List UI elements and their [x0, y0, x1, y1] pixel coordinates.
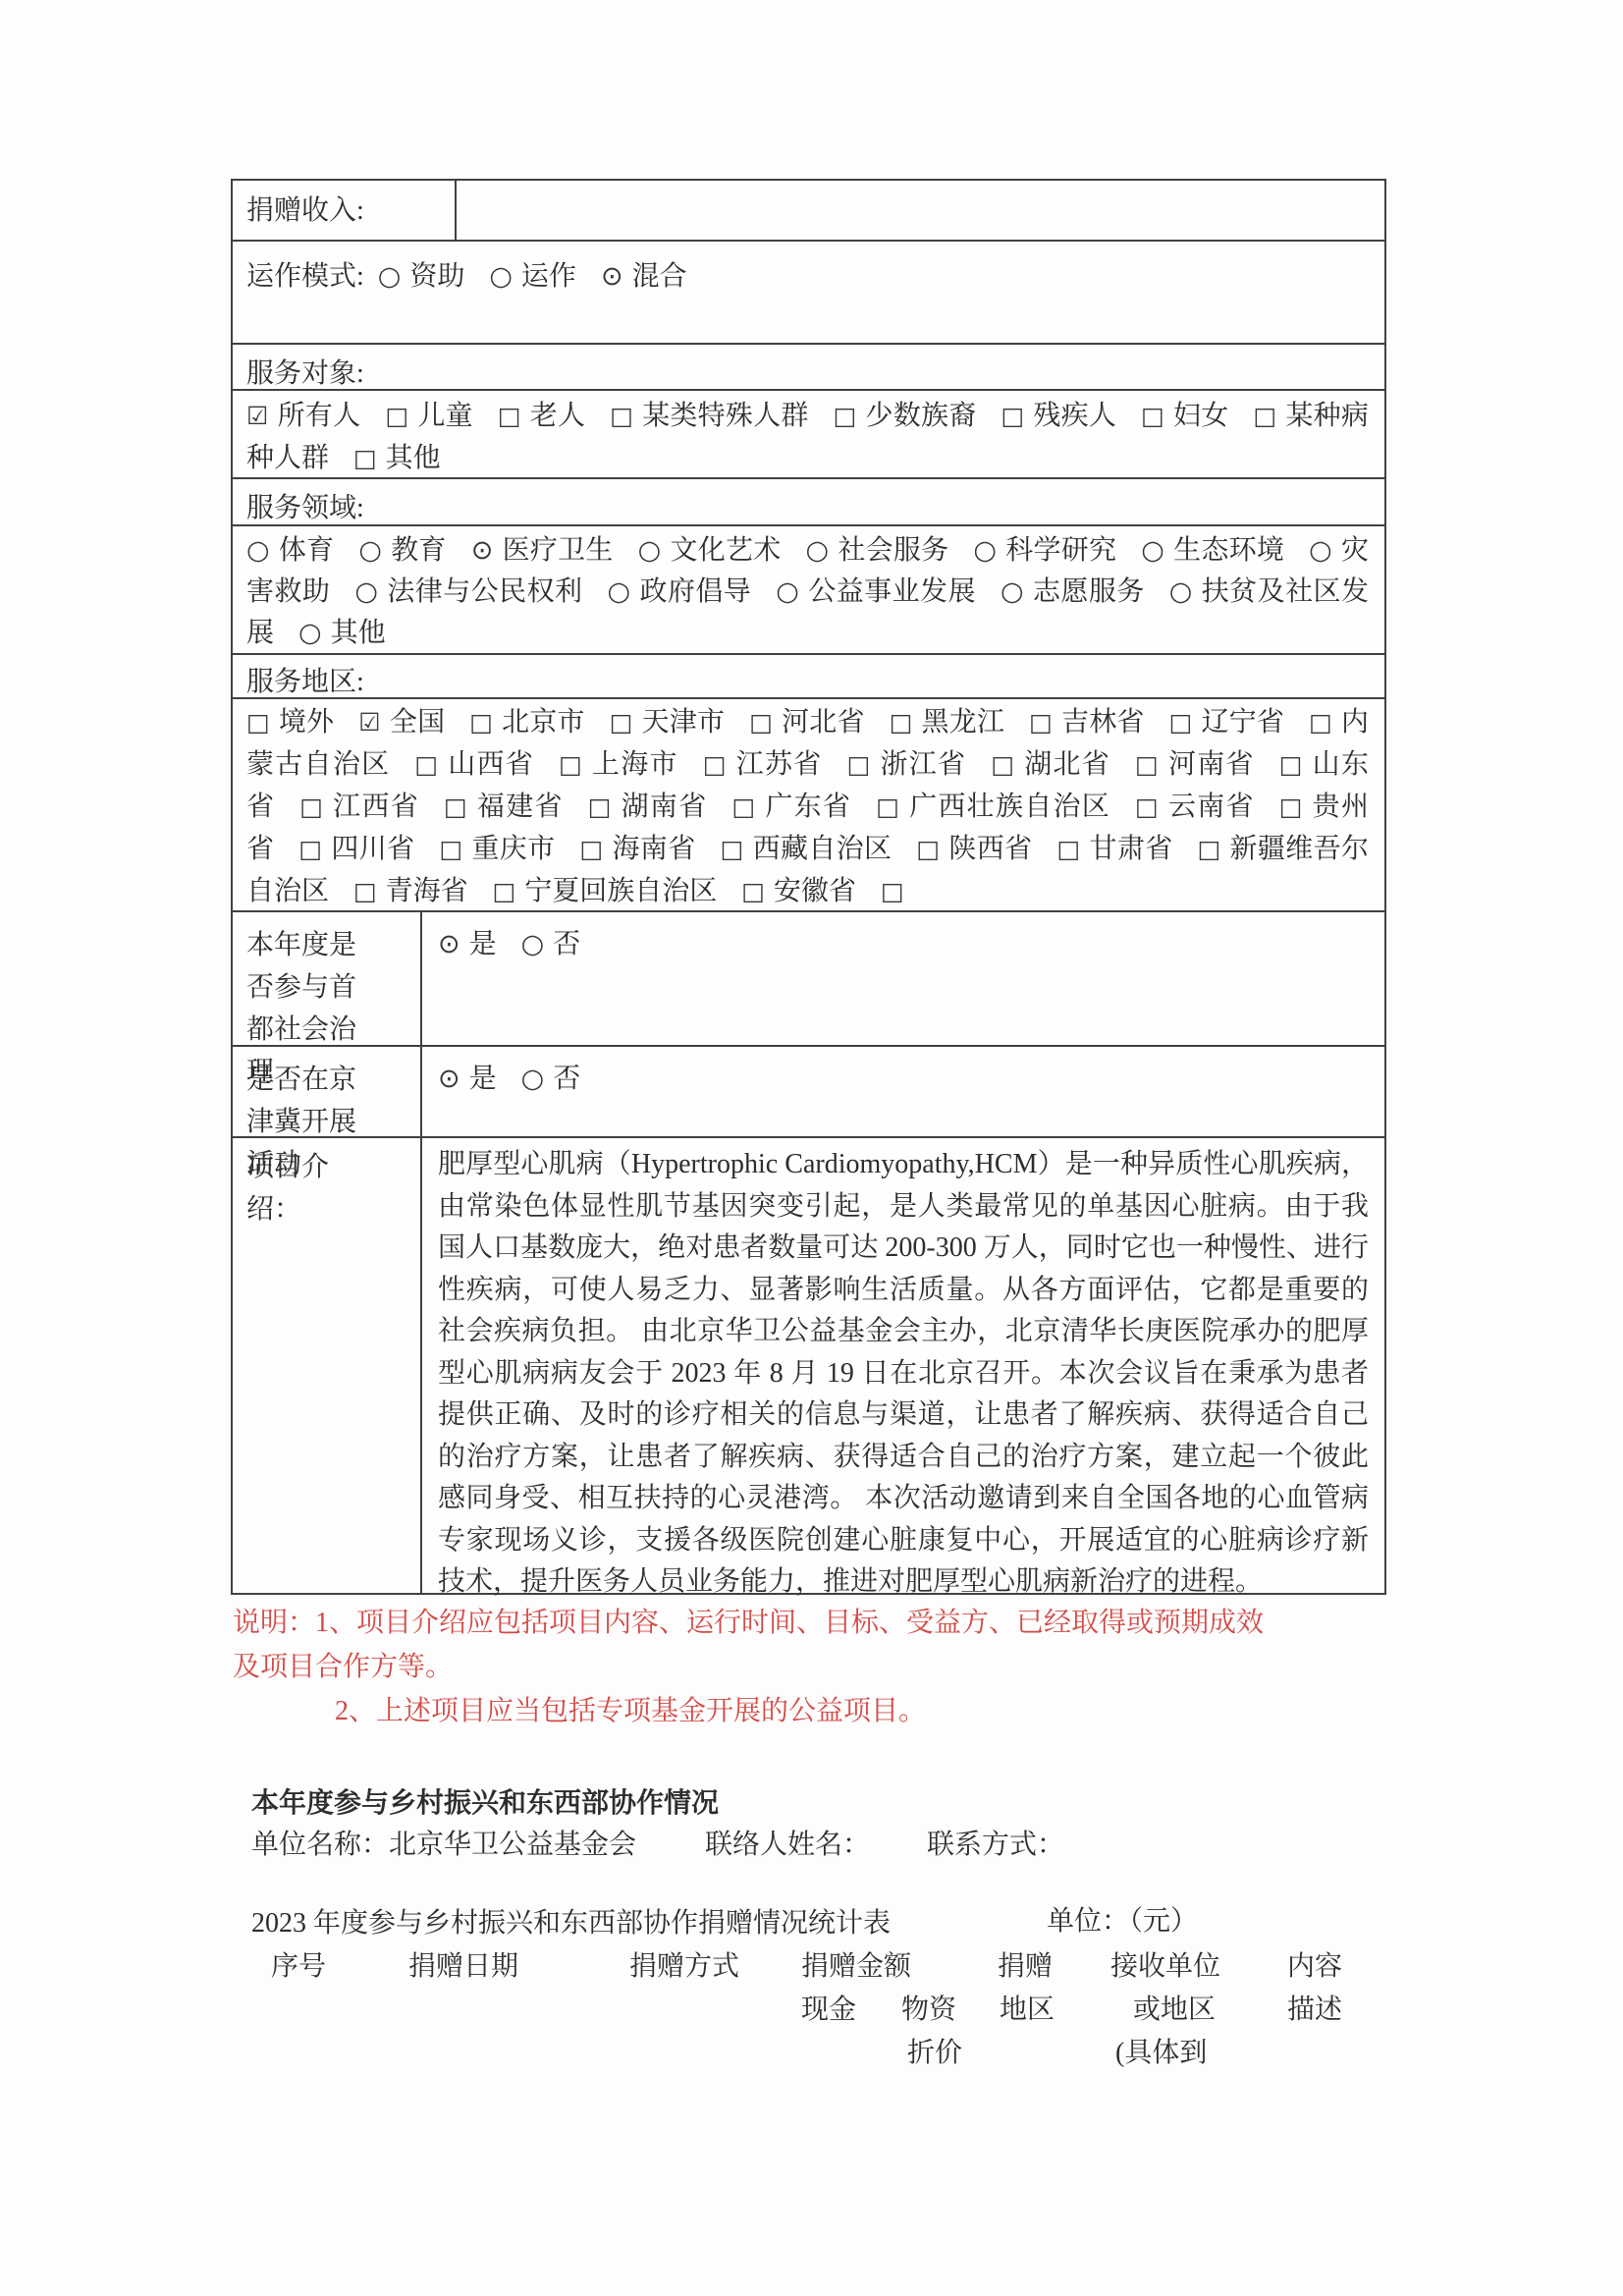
- unselected-radio-icon: ○: [354, 572, 378, 613]
- radio-option: ○法律与公民权利: [354, 576, 607, 607]
- checkbox-option: □江苏省: [703, 749, 847, 780]
- option-label: 否: [553, 929, 580, 959]
- capital-governance-label: 本年度是否参与首都社会治理: [233, 912, 422, 1045]
- checkbox-option: □残疾人: [1001, 401, 1142, 431]
- unselected-radio-icon: ○: [973, 530, 997, 572]
- unchecked-checkbox-icon: □: [731, 786, 755, 828]
- unselected-radio-icon: ○: [806, 530, 830, 572]
- note-line-3: 2、上述项目应当包括专项基金开展的公益项目。: [233, 1689, 1406, 1733]
- stats-table-title: 2023 年度参与乡村振兴和东西部协作捐赠情况统计表: [251, 1901, 891, 1941]
- col-subheader-or-region: 或地区: [1133, 1988, 1216, 2027]
- option-label: 广西壮族自治区: [908, 792, 1110, 822]
- scanned-annual-report-page: 捐赠收入: 运作模式:○资助○运作⊙混合 服务对象: ☑所有人□儿童□老人□某类…: [0, 0, 1623, 2296]
- radio-option: ○体育: [246, 535, 358, 566]
- service-area-label: 服务地区:: [246, 667, 364, 697]
- unchecked-checkbox-icon: □: [1254, 395, 1277, 437]
- option-label: 天津市: [641, 707, 725, 738]
- checkbox-option: □山西省: [414, 749, 559, 780]
- option-label: 浙江省: [879, 749, 966, 780]
- checkbox-option: □陕西省: [916, 834, 1056, 864]
- col-header-recipient-unit: 接收单位: [1110, 1944, 1220, 1984]
- capital-governance-row: 本年度是否参与首都社会治理 ⊙是○否: [233, 910, 1384, 1045]
- option-label: 老人: [529, 401, 585, 431]
- option-label: 安徽省: [774, 876, 856, 906]
- unchecked-checkbox-icon: □: [444, 786, 467, 828]
- unchecked-checkbox-icon: □: [834, 395, 857, 437]
- checkbox-option: □西藏自治区: [721, 834, 917, 864]
- option-label: 是: [469, 929, 497, 959]
- unchecked-checkbox-icon: □: [1029, 701, 1053, 743]
- operation-mode-row: 运作模式:○资助○运作⊙混合: [233, 240, 1384, 343]
- col-header-donation-amount: 捐赠金额: [801, 1944, 911, 1984]
- option-label: 法律与公民权利: [387, 576, 583, 607]
- option-label: 上海市: [591, 749, 678, 780]
- charity-info-form-table: 捐赠收入: 运作模式:○资助○运作⊙混合 服务对象: ☑所有人□儿童□老人□某类…: [231, 179, 1386, 1595]
- checkbox-option: □某类特殊人群: [610, 401, 833, 431]
- radio-option: ⊙是: [438, 1064, 521, 1094]
- unchecked-checkbox-icon: □: [580, 828, 604, 870]
- checkbox-option: □湖北省: [991, 749, 1135, 780]
- unchecked-checkbox-icon: □: [1198, 828, 1221, 870]
- radio-option: ○否: [521, 929, 606, 959]
- col-header-donation-method: 捐赠方式: [629, 1944, 739, 1984]
- unselected-radio-icon: ○: [776, 572, 799, 613]
- option-label: 海南省: [612, 834, 695, 864]
- checkbox-option: □福建省: [444, 792, 588, 822]
- option-label: 河南省: [1167, 749, 1255, 780]
- unselected-radio-icon: ○: [1001, 572, 1024, 613]
- radio-option: ○其他: [298, 618, 410, 648]
- unselected-radio-icon: ○: [358, 530, 382, 572]
- checkbox-option: ☑所有人: [246, 401, 385, 431]
- option-label: 某类特殊人群: [642, 401, 809, 431]
- radio-option: ○教育: [358, 535, 470, 566]
- unselected-radio-icon: ○: [489, 255, 513, 298]
- checkbox-option: □少数族裔: [834, 401, 1001, 431]
- checkbox-option: □重庆市: [439, 834, 579, 864]
- option-label: 所有人: [277, 401, 360, 431]
- option-label: 江苏省: [734, 749, 822, 780]
- checkbox-option: □境外: [246, 707, 358, 738]
- radio-option: ○志愿服务: [1001, 576, 1169, 607]
- option-label: 志愿服务: [1033, 576, 1145, 607]
- checkbox-option: □天津市: [610, 707, 749, 738]
- checkbox-option: □辽宁省: [1169, 707, 1309, 738]
- checkbox-option: □海南省: [580, 834, 721, 864]
- service-field-label-row: 服务领域:: [233, 477, 1384, 524]
- radio-option: ⊙混合: [601, 261, 712, 292]
- checkbox-option: □四川省: [298, 834, 439, 864]
- radio-option: ⊙是: [438, 929, 521, 959]
- checkbox-option: □北京市: [469, 707, 609, 738]
- checkbox-option: □黑龙江: [890, 707, 1029, 738]
- unchecked-checkbox-icon: □: [610, 395, 633, 437]
- donation-income-label: 捐赠收入:: [233, 181, 457, 240]
- unchecked-checkbox-icon: □: [469, 701, 493, 743]
- unchecked-checkbox-icon: □: [610, 701, 633, 743]
- unselected-radio-icon: ○: [638, 530, 662, 572]
- option-label: 湖北省: [1023, 749, 1110, 780]
- option-label: 儿童: [417, 401, 473, 431]
- option-label: 宁夏回族自治区: [524, 876, 717, 906]
- radio-option: ○运作: [489, 261, 601, 292]
- col-header-donation-date: 捐赠日期: [408, 1944, 518, 1984]
- checkbox-option: □甘肃省: [1056, 834, 1197, 864]
- service-target-label-row: 服务对象:: [233, 343, 1384, 389]
- checkbox-option: □上海市: [559, 749, 703, 780]
- org-name-label: 单位名称：北京华卫公益基金会: [251, 1823, 636, 1862]
- option-label: 广东省: [764, 792, 851, 822]
- unchecked-checkbox-icon: □: [588, 786, 612, 828]
- radio-option: ○科学研究: [973, 535, 1141, 566]
- col-subheader-region: 地区: [1000, 1988, 1055, 2027]
- unselected-radio-icon: ○: [521, 929, 545, 959]
- capital-governance-options: ⊙是○否: [422, 912, 1384, 1045]
- unselected-radio-icon: ○: [1309, 530, 1332, 572]
- checkbox-option: □江西省: [299, 792, 444, 822]
- option-label: 公益事业发展: [808, 576, 976, 607]
- checkbox-option: □广东省: [731, 792, 876, 822]
- radio-option: ○政府倡导: [607, 576, 776, 607]
- unchecked-checkbox-icon: □: [1309, 701, 1332, 743]
- option-label: 境外: [279, 707, 335, 738]
- unchecked-checkbox-icon: □: [1141, 395, 1164, 437]
- unchecked-checkbox-icon: □: [353, 870, 377, 912]
- option-label: 妇女: [1173, 401, 1229, 431]
- unchecked-checkbox-icon: □: [916, 828, 940, 870]
- checkbox-option: □吉林省: [1029, 707, 1168, 738]
- option-label: 吉林省: [1061, 707, 1145, 738]
- contact-name-label: 联络人姓名：: [705, 1823, 870, 1862]
- radio-option: ○社会服务: [806, 535, 974, 566]
- note-line-1: 说明：1、项目介绍应包括项目内容、运行时间、目标、受益方、已经取得或预期成效: [233, 1601, 1406, 1645]
- option-label: 湖南省: [620, 792, 707, 822]
- checkbox-option: □河南省: [1135, 749, 1279, 780]
- rural-section-heading: 本年度参与乡村振兴和东西部协作情况: [251, 1781, 719, 1821]
- checked-checkbox-icon: ☑: [358, 701, 380, 743]
- unselected-radio-icon: ○: [521, 1064, 545, 1094]
- option-label: 重庆市: [471, 834, 555, 864]
- option-label: 体育: [279, 535, 335, 566]
- selected-radio-icon: ⊙: [471, 530, 494, 572]
- checkbox-option: □宁夏回族自治区: [493, 876, 742, 906]
- service-target-label: 服务对象:: [246, 358, 364, 389]
- col-header-content: 内容: [1287, 1944, 1342, 1984]
- checkbox-option: □河北省: [749, 707, 889, 738]
- option-label: 西藏自治区: [752, 834, 892, 864]
- unchecked-checkbox-icon: □: [1135, 743, 1159, 786]
- option-label: 黑龙江: [921, 707, 1004, 738]
- unselected-radio-icon: ○: [1141, 530, 1164, 572]
- option-label: 其他: [386, 443, 441, 473]
- option-label: 医疗卫生: [502, 535, 613, 566]
- service-field-row: ○体育○教育⊙医疗卫生○文化艺术○社会服务○科学研究○生态环境○灾害救助○法律与…: [233, 524, 1384, 653]
- col-subheader-cash: 现金: [801, 1988, 856, 2027]
- service-field-label: 服务领域:: [246, 493, 364, 523]
- unchecked-checkbox-icon: □: [414, 743, 438, 786]
- option-label: 福建省: [476, 792, 564, 822]
- rural-revitalization-section: 本年度参与乡村振兴和东西部协作情况 单位名称：北京华卫公益基金会 联络人姓名： …: [251, 1776, 1400, 2168]
- col-subheader-specific-to: (具体到: [1115, 2031, 1207, 2070]
- option-label: 辽宁省: [1201, 707, 1284, 738]
- checkbox-option: □云南省: [1135, 792, 1279, 822]
- unchecked-checkbox-icon: □: [1135, 786, 1159, 828]
- note-line-2: 及项目合作方等。: [233, 1645, 1406, 1689]
- unchecked-checkbox-icon: □: [881, 870, 904, 912]
- option-label: 社会服务: [838, 535, 948, 566]
- unselected-radio-icon: ○: [378, 255, 402, 298]
- unchecked-checkbox-icon: □: [703, 743, 727, 786]
- operation-mode-label: 运作模式:: [246, 261, 364, 292]
- unselected-radio-icon: ○: [246, 530, 270, 572]
- selected-radio-icon: ⊙: [438, 1064, 460, 1094]
- option-label: 文化艺术: [670, 535, 781, 566]
- unselected-radio-icon: ○: [607, 572, 630, 613]
- radio-option: ⊙医疗卫生: [471, 535, 638, 566]
- unchecked-checkbox-icon: □: [847, 743, 871, 786]
- radio-option: ○否: [521, 1064, 606, 1094]
- radio-option: ○资助: [378, 261, 490, 292]
- option-label: 生态环境: [1173, 535, 1284, 566]
- unchecked-checkbox-icon: □: [890, 701, 913, 743]
- checkbox-option: □安徽省: [741, 876, 881, 906]
- option-label: 混合: [632, 261, 687, 292]
- service-field-options: ○体育○教育⊙医疗卫生○文化艺术○社会服务○科学研究○生态环境○灾害救助○法律与…: [233, 526, 1384, 654]
- option-label: 全国: [390, 707, 446, 738]
- checked-checkbox-icon: ☑: [246, 395, 268, 437]
- option-label: 教育: [391, 535, 447, 566]
- option-label: 青海省: [386, 876, 468, 906]
- option-label: 少数族裔: [865, 401, 976, 431]
- unchecked-checkbox-icon: □: [493, 870, 516, 912]
- unchecked-checkbox-icon: □: [1279, 786, 1303, 828]
- option-label: 资助: [409, 261, 464, 292]
- unchecked-checkbox-icon: □: [721, 828, 744, 870]
- radio-option: ○生态环境: [1141, 535, 1309, 566]
- radio-option: ○公益事业发展: [776, 576, 1001, 607]
- col-subheader-goods: 物资: [901, 1988, 956, 2027]
- option-label: 政府倡导: [639, 576, 751, 607]
- unchecked-checkbox-icon: □: [876, 786, 899, 828]
- checkbox-option: □儿童: [385, 401, 497, 431]
- checkbox-option: □老人: [498, 401, 610, 431]
- checkbox-option: □其他: [353, 443, 465, 473]
- col-subheader-discount: 折价: [907, 2031, 962, 2070]
- unchecked-checkbox-icon: □: [991, 743, 1014, 786]
- service-target-row: ☑所有人□儿童□老人□某类特殊人群□少数族裔□残疾人□妇女□某种病种人群□其他: [233, 389, 1384, 477]
- radio-option: ○文化艺术: [638, 535, 806, 566]
- option-label: 陕西省: [948, 834, 1032, 864]
- unchecked-checkbox-icon: □: [741, 870, 765, 912]
- option-label: 北京市: [502, 707, 585, 738]
- jingjinji-activity-row: 是否在京津冀开展活动 ⊙是○否: [233, 1045, 1384, 1136]
- jingjinji-activity-options: ⊙是○否: [422, 1047, 1384, 1136]
- checkbox-option: □: [881, 876, 913, 906]
- unchecked-checkbox-icon: □: [749, 701, 773, 743]
- checkbox-option: □妇女: [1141, 401, 1253, 431]
- option-label: 其他: [331, 618, 386, 648]
- unchecked-checkbox-icon: □: [385, 395, 408, 437]
- project-intro-row: 项目介绍： 肥厚型心肌病（Hypertrophic Cardiomyopathy…: [233, 1136, 1384, 1593]
- selected-radio-icon: ⊙: [601, 255, 623, 298]
- option-label: 运作: [521, 261, 576, 292]
- option-label: 四川省: [331, 834, 414, 864]
- unchecked-checkbox-icon: □: [1279, 743, 1303, 786]
- unselected-radio-icon: ○: [298, 613, 322, 654]
- unchecked-checkbox-icon: □: [353, 437, 377, 479]
- unchecked-checkbox-icon: □: [1001, 395, 1025, 437]
- option-label: 山西省: [447, 749, 534, 780]
- unchecked-checkbox-icon: □: [498, 395, 521, 437]
- option-label: 河北省: [782, 707, 865, 738]
- contact-phone-label: 联系方式：: [927, 1823, 1064, 1862]
- selected-radio-icon: ⊙: [438, 929, 460, 959]
- service-target-options: ☑所有人□儿童□老人□某类特殊人群□少数族裔□残疾人□妇女□某种病种人群□其他: [233, 391, 1384, 479]
- unchecked-checkbox-icon: □: [1056, 828, 1080, 870]
- unchecked-checkbox-icon: □: [246, 701, 270, 743]
- col-header-donation: 捐赠: [998, 1944, 1053, 1984]
- red-instruction-notes: 说明：1、项目介绍应包括项目内容、运行时间、目标、受益方、已经取得或预期成效 及…: [233, 1601, 1406, 1733]
- service-area-label-row: 服务地区:: [233, 653, 1384, 697]
- stats-unit-label: 单位：（元）: [1047, 1899, 1198, 1939]
- option-label: 是: [469, 1064, 497, 1094]
- option-label: 残疾人: [1033, 401, 1116, 431]
- service-area-options: □境外☑全国□北京市□天津市□河北省□黑龙江□吉林省□辽宁省□内蒙古自治区□山西…: [233, 699, 1384, 912]
- unchecked-checkbox-icon: □: [1169, 701, 1193, 743]
- unchecked-checkbox-icon: □: [439, 828, 462, 870]
- option-label: 否: [553, 1064, 580, 1094]
- checkbox-option: ☑全国: [358, 707, 469, 738]
- project-intro-label: 项目介绍：: [233, 1138, 422, 1593]
- donation-income-value-cell: [457, 181, 1384, 240]
- operation-mode-options: 运作模式:○资助○运作⊙混合: [233, 242, 1384, 298]
- unchecked-checkbox-icon: □: [559, 743, 582, 786]
- checkbox-option: □广西壮族自治区: [876, 792, 1135, 822]
- unchecked-checkbox-icon: □: [298, 828, 322, 870]
- option-label: 科学研究: [1005, 535, 1116, 566]
- checkbox-option: □湖南省: [588, 792, 732, 822]
- option-label: 甘肃省: [1089, 834, 1172, 864]
- col-header-seq: 序号: [271, 1944, 326, 1984]
- unselected-radio-icon: ○: [1169, 572, 1193, 613]
- col-subheader-description: 描述: [1287, 1988, 1342, 2027]
- option-label: 江西省: [332, 792, 419, 822]
- unchecked-checkbox-icon: □: [299, 786, 323, 828]
- option-label: 云南省: [1167, 792, 1255, 822]
- project-intro-text: 肥厚型心肌病（Hypertrophic Cardiomyopathy,HCM）是…: [422, 1138, 1384, 1593]
- checkbox-option: □青海省: [353, 876, 493, 906]
- checkbox-option: □浙江省: [847, 749, 992, 780]
- service-area-row: □境外☑全国□北京市□天津市□河北省□黑龙江□吉林省□辽宁省□内蒙古自治区□山西…: [233, 697, 1384, 910]
- donation-income-row: 捐赠收入:: [233, 181, 1384, 240]
- jingjinji-activity-label: 是否在京津冀开展活动: [233, 1047, 422, 1136]
